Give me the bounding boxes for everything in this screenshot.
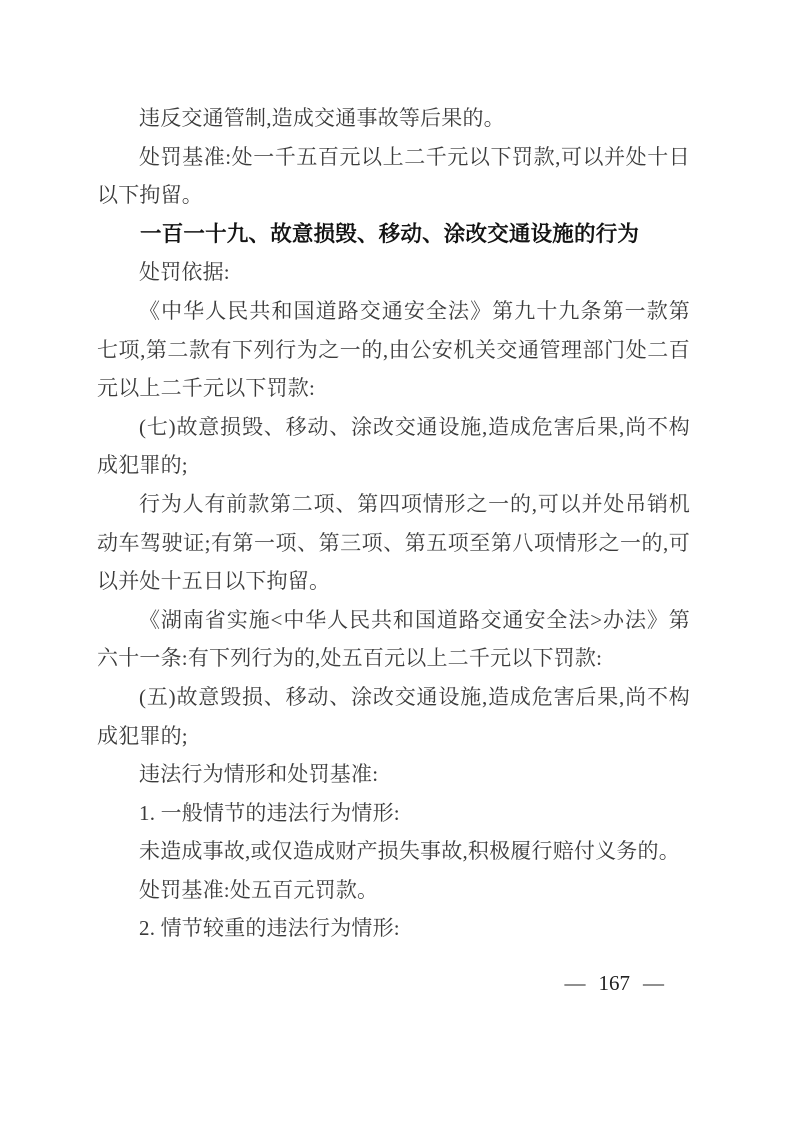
paragraph: 处罚基准:处五百元罚款。 [97, 871, 690, 910]
document-page: 违反交通管制,造成交通事故等后果的。 处罚基准:处一千五百元以上二千元以下罚款,… [0, 0, 793, 1122]
footer-dash-left: — [565, 968, 586, 998]
page-number: 167 [599, 968, 631, 998]
paragraph: 2. 情节较重的违法行为情形: [97, 909, 690, 948]
paragraph: (五)故意毁损、移动、涂改交通设施,造成危害后果,尚不构成犯罪的; [97, 678, 690, 755]
paragraph: 处罚依据: [97, 253, 690, 292]
section-heading: 一百一十九、故意损毁、移动、涂改交通设施的行为 [97, 215, 690, 254]
page-footer: — 167 — [565, 968, 665, 998]
paragraph: 未造成事故,或仅造成财产损失事故,积极履行赔付义务的。 [97, 832, 690, 871]
footer-dash-right: — [643, 968, 664, 998]
paragraph: 1. 一般情节的违法行为情形: [97, 794, 690, 833]
paragraph: 《中华人民共和国道路交通安全法》第九十九条第一款第七项,第二款有下列行为之一的,… [97, 292, 690, 408]
paragraph: 处罚基准:处一千五百元以上二千元以下罚款,可以并处十日以下拘留。 [97, 138, 690, 215]
paragraph: 违反交通管制,造成交通事故等后果的。 [97, 99, 690, 138]
page-content: 违反交通管制,造成交通事故等后果的。 处罚基准:处一千五百元以上二千元以下罚款,… [97, 99, 690, 948]
paragraph: 《湖南省实施<中华人民共和国道路交通安全法>办法》第六十一条:有下列行为的,处五… [97, 601, 690, 678]
paragraph: 行为人有前款第二项、第四项情形之一的,可以并处吊销机动车驾驶证;有第一项、第三项… [97, 485, 690, 601]
paragraph: 违法行为情形和处罚基准: [97, 755, 690, 794]
paragraph: (七)故意损毁、移动、涂改交通设施,造成危害后果,尚不构成犯罪的; [97, 408, 690, 485]
